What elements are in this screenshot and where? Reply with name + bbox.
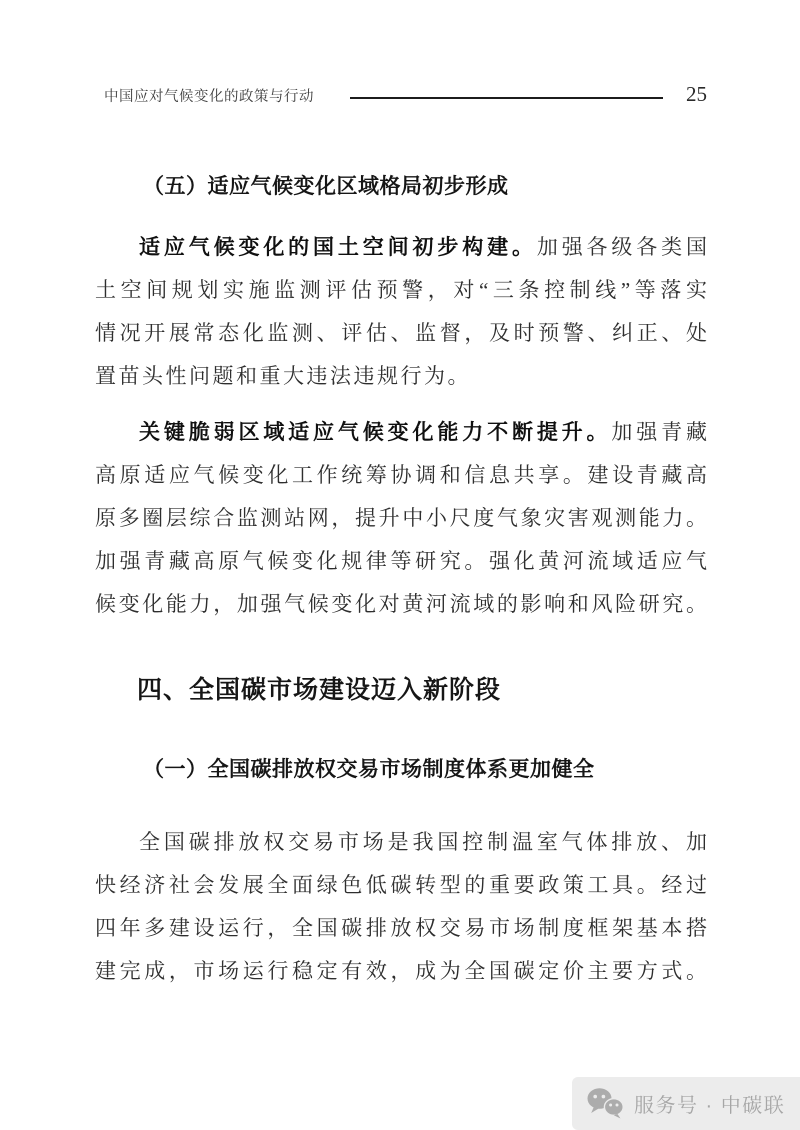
wechat-watermark-badge: 服务号 · 中碳联 — [572, 1077, 800, 1130]
running-header-title: 中国应对气候变化的政策与行动 — [104, 85, 314, 106]
paragraph-line: 加强青藏高原气候变化规律等研究。强化黄河流域适应气 — [95, 540, 707, 583]
paragraph-line: 建完成，市场运行稳定有效，成为全国碳定价主要方式。 — [95, 950, 707, 993]
paragraph-line: 原多圈层综合监测站网，提升中小尺度气象灾害观测能力。 — [95, 497, 707, 540]
page-number: 25 — [686, 82, 707, 107]
paragraph-line: 四年多建设运行，全国碳排放权交易市场制度框架基本搭 — [95, 907, 707, 950]
paragraph-line: 快经济社会发展全面绿色低碳转型的重要政策工具。经过 — [95, 864, 707, 907]
paragraph-national-space: 适应气候变化的国土空间初步构建。加强各级各类国 土空间规划实施监测评估预警，对“… — [95, 226, 707, 398]
subsection-one-heading: （一）全国碳排放权交易市场制度体系更加健全 — [95, 753, 707, 783]
lead-sentence-bold: 适应气候变化的国土空间初步构建。 — [139, 235, 537, 259]
paragraph-carbon-market: 全国碳排放权交易市场是我国控制温室气体排放、加 快经济社会发展全面绿色低碳转型的… — [95, 821, 707, 993]
paragraph-vulnerable-regions: 关键脆弱区域适应气候变化能力不断提升。加强青藏 高原适应气候变化工作统筹协调和信… — [95, 411, 707, 626]
document-page: 中国应对气候变化的政策与行动 25 （五）适应气候变化区域格局初步形成 适应气候… — [0, 0, 800, 1130]
paragraph-line: 置苗头性问题和重大违法违规行为。 — [95, 355, 707, 398]
lead-sentence-bold: 关键脆弱区域适应气候变化能力不断提升。 — [139, 420, 611, 444]
paragraph-line: 全国碳排放权交易市场是我国控制温室气体排放、加 — [95, 821, 707, 864]
chapter-four-heading: 四、全国碳市场建设迈入新阶段 — [95, 670, 707, 706]
paragraph-line: 土空间规划实施监测评估预警，对“三条控制线”等落实 — [95, 269, 707, 312]
paragraph-line: 高原适应气候变化工作统筹协调和信息共享。建设青藏高 — [95, 454, 707, 497]
paragraph-line: 关键脆弱区域适应气候变化能力不断提升。加强青藏 — [95, 411, 707, 454]
line-text: 加强青藏 — [611, 420, 707, 444]
line-text: 加强各级各类国 — [537, 235, 707, 259]
watermark-label: 服务号 · 中碳联 — [634, 1089, 785, 1118]
paragraph-line: 适应气候变化的国土空间初步构建。加强各级各类国 — [95, 226, 707, 269]
paragraph-line: 候变化能力，加强气候变化对黄河流域的影响和风险研究。 — [95, 583, 707, 626]
paragraph-line: 情况开展常态化监测、评估、监督，及时预警、纠正、处 — [95, 312, 707, 355]
header-rule — [350, 97, 663, 99]
section-five-heading: （五）适应气候变化区域格局初步形成 — [95, 170, 707, 200]
wechat-icon — [586, 1087, 626, 1120]
